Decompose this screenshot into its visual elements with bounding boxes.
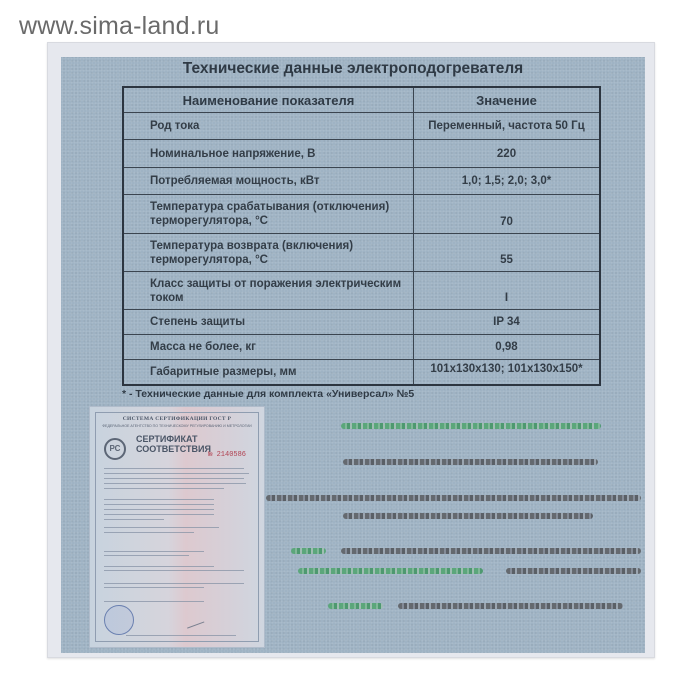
- certificate-agency: ФЕДЕРАЛЬНОЕ АГЕНТСТВО ПО ТЕХНИЧЕСКОМУ РЕ…: [96, 424, 258, 428]
- certificate-text-line: [104, 570, 244, 571]
- table-header-row: Наименование показателя Значение: [123, 87, 600, 113]
- redacted-text-line: [506, 568, 641, 574]
- certificate-number: № 2140586: [208, 451, 246, 459]
- signature-icon: [182, 606, 205, 628]
- row-name: Температура возврата (включения) терморе…: [123, 234, 414, 272]
- certificate-text-line: [104, 551, 204, 552]
- certificate-image: СИСТЕМА СЕРТИФИКАЦИИ ГОСТ Р ФЕДЕРАЛЬНОЕ …: [89, 406, 265, 648]
- redacted-text-line: [343, 513, 593, 519]
- row-name: Потребляемая мощность, кВт: [123, 168, 414, 195]
- certificate-text-line: [104, 555, 189, 556]
- certificate-text-line: [104, 483, 246, 484]
- table-row: Температура срабатывания (отключения) те…: [123, 195, 600, 234]
- certificate-text-line: [104, 473, 249, 474]
- redacted-text-line: [266, 495, 641, 501]
- row-name: Номинальное напряжение, В: [123, 140, 414, 168]
- certificate-text-line: [104, 504, 214, 505]
- row-value: I: [414, 272, 601, 310]
- certificate-text-line: [104, 509, 214, 510]
- table-row: Потребляемая мощность, кВт 1,0; 1,5; 2,0…: [123, 168, 600, 195]
- table-row: Класс защиты от поражения электрическим …: [123, 272, 600, 310]
- table-row: Степень защиты IP 34: [123, 310, 600, 335]
- table-row: Род тока Переменный, частота 50 Гц: [123, 113, 600, 140]
- document-panel: Технические данные электроподогревателя …: [61, 57, 645, 653]
- column-header-value: Значение: [414, 87, 601, 113]
- row-name: Масса не более, кг: [123, 335, 414, 360]
- gost-logo-icon: РС: [104, 438, 126, 460]
- certificate-text-line: [104, 468, 244, 469]
- row-name: Габаритные размеры, мм: [123, 360, 414, 385]
- certificate-text-line: [104, 514, 214, 515]
- footnote: * - Технические данные для комплекта «Ун…: [122, 388, 414, 400]
- certificate-text-line: [104, 499, 214, 500]
- certificate-stamp-icon: [104, 605, 134, 635]
- table-row: Номинальное напряжение, В 220: [123, 140, 600, 168]
- certificate-text-line: [104, 527, 219, 528]
- row-value: 0,98: [414, 335, 601, 360]
- row-value: 220: [414, 140, 601, 168]
- redacted-text-line: [341, 423, 601, 429]
- redacted-text-line: [343, 459, 598, 465]
- redacted-text-line: [398, 603, 623, 609]
- certificate-text-line: [104, 478, 244, 479]
- table-row: Температура возврата (включения) терморе…: [123, 234, 600, 272]
- row-name: Класс защиты от поражения электрическим …: [123, 272, 414, 310]
- column-header-name: Наименование показателя: [123, 87, 414, 113]
- row-name: Температура срабатывания (отключения) те…: [123, 195, 414, 234]
- certificate-frame: СИСТЕМА СЕРТИФИКАЦИИ ГОСТ Р ФЕДЕРАЛЬНОЕ …: [95, 412, 259, 642]
- specs-table: Наименование показателя Значение Род ток…: [122, 86, 601, 386]
- watermark-url: www.sima-land.ru: [19, 12, 219, 41]
- certificate-system: СИСТЕМА СЕРТИФИКАЦИИ ГОСТ Р: [96, 416, 258, 422]
- redacted-text-line: [341, 548, 641, 554]
- row-value: 1,0; 1,5; 2,0; 3,0*: [414, 168, 601, 195]
- certificate-text-line: [104, 601, 204, 602]
- redacted-text-line: [298, 568, 483, 574]
- row-value: 55: [414, 234, 601, 272]
- certificate-text-line: [104, 583, 244, 584]
- row-name: Степень защиты: [123, 310, 414, 335]
- row-value: Переменный, частота 50 Гц: [414, 113, 601, 140]
- certificate-text-line: [104, 587, 204, 588]
- redacted-text-line: [328, 603, 383, 609]
- row-value: 70: [414, 195, 601, 234]
- document-title: Технические данные электроподогревателя: [61, 60, 645, 78]
- certificate-text-line: [104, 532, 194, 533]
- row-value: IP 34: [414, 310, 601, 335]
- row-value: 101х130х130; 101х130х150*: [414, 360, 601, 385]
- certificate-text-line: [104, 566, 214, 567]
- document-card: Технические данные электроподогревателя …: [47, 42, 655, 658]
- redacted-text-line: [291, 548, 326, 554]
- row-name: Род тока: [123, 113, 414, 140]
- certificate-text-line: [104, 488, 224, 489]
- certificate-text-line: [104, 519, 164, 520]
- table-row: Габаритные размеры, мм 101х130х130; 101х…: [123, 360, 600, 385]
- table-row: Масса не более, кг 0,98: [123, 335, 600, 360]
- certificate-text-line: [126, 635, 236, 636]
